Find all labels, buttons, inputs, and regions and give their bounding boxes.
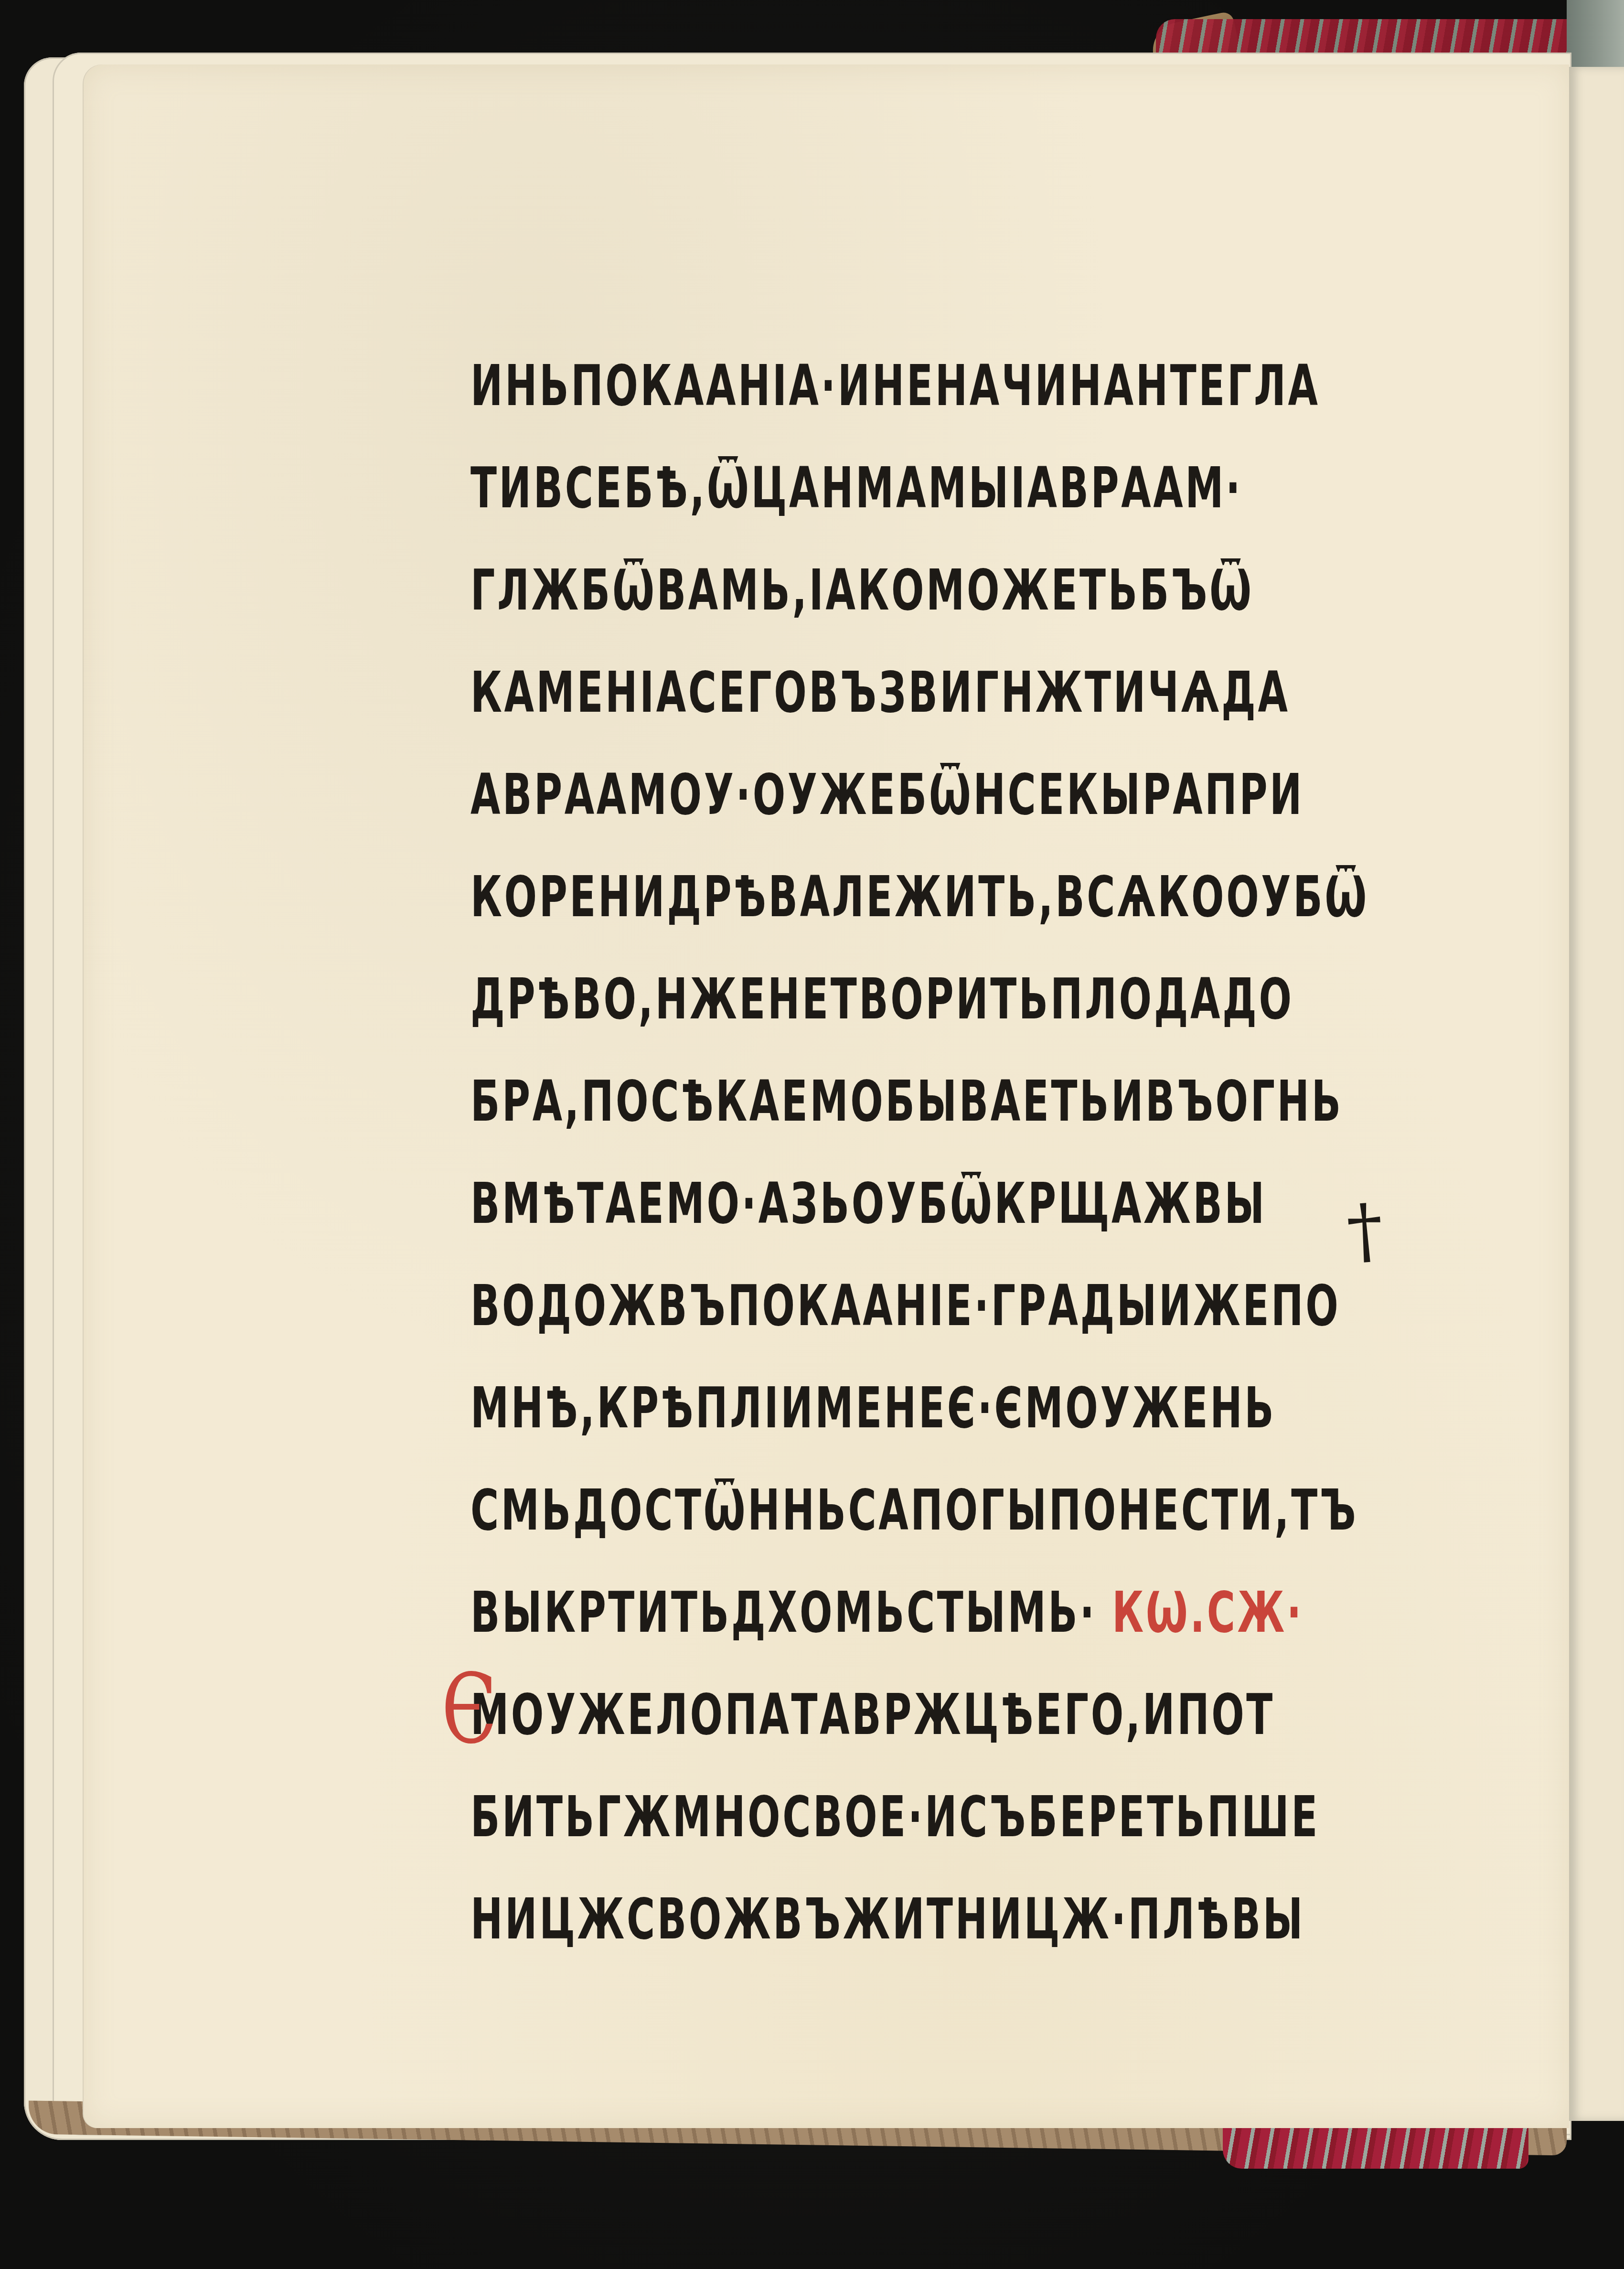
text-line-15: БИТЬГЖМНОСВОЕ·ИСЪБЕРЕТЬПШЕ — [470, 1766, 1178, 1868]
rubric-marker: КѠ.СЖ· — [1112, 1561, 1303, 1663]
facing-leaf-gutter — [1569, 67, 1624, 2121]
text-line-7: ДРѢВО,НЖЕНЕТВОРИТЬПЛОДАДО — [470, 948, 1178, 1050]
text-line-5: АВРААМОУ·ОУЖЕБѾНСЕКЫРАПРИ — [470, 743, 1178, 846]
text-line-3: ГЛЖБѾВАМЬ,ІАКОМОЖЕТЬБЪѾ — [470, 539, 1178, 641]
text-line-12: СМЬДОСТѾННЬСАПОГЫПОНЕСТИ,ТЪ — [470, 1459, 1178, 1561]
red-initial: Є — [441, 1659, 499, 1761]
text-line-16: НИЦЖСВОЖВЪЖИТНИЦЖ·ПЛѢВЫ — [470, 1868, 1178, 1970]
binding-endband-red — [1223, 2126, 1528, 2169]
text-block: ИНЬПОКААНІА·ИНЕНАЧИНАНТЕГЛА ТИВСЕБѢ,ѾЦАН… — [470, 334, 1402, 1970]
text-line-11: МНѢ,КРѢПЛІИМЕНЕЄ·ЄМОУЖЕНЬ — [470, 1357, 1178, 1459]
text-line-14: Є МОУЖЕЛОПАТАВРЖЦѢЕГО,ИПОТ — [470, 1663, 1178, 1766]
text-line-6: КОРЕНИДРѢВАЛЕЖИТЬ,ВСѦКООУБѾ — [470, 846, 1178, 948]
text-line-1: ИНЬПОКААНІА·ИНЕНАЧИНАНТЕГЛА — [470, 334, 1178, 437]
text-line-9: ВМѢТАЕМО·АЗЬОУБѾКРЩАЖВЫ — [470, 1152, 1178, 1254]
text-line-10: ВОДОЖВЪПОКААНІЕ·ГРАДЫИЖЕПО — [470, 1254, 1178, 1357]
spine-edge — [1567, 0, 1624, 67]
text-line-13: ВЫКРТИТЬДХОМЬСТЫМЬ· КѠ.СЖ· — [470, 1561, 1178, 1663]
text-line-4: КАМЕНІАСЕГОВЪЗВИГНЖТИЧѦДА — [470, 641, 1178, 743]
marginal-cross-mark: † — [1344, 1188, 1386, 1274]
text-line-8: БРА,ПОСѢКАЕМОБЫВАЕТЬИВЪОГНЬ — [470, 1050, 1178, 1152]
text-line-2: ТИВСЕБѢ,ѾЦАНМАМЫІАВРААМ· — [470, 437, 1178, 539]
